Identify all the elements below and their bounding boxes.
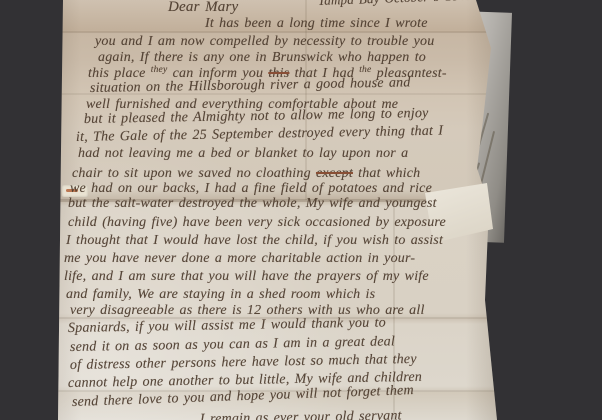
letter-line: I thought that I would have lost the chi… [66, 233, 443, 248]
letter-line: I remain as ever your old servant [200, 408, 402, 420]
letter-text-layer: Dear MaryTampa Bay October 9 1848It has … [0, 0, 602, 420]
letter-line: again, If there is any one in Brunswick … [98, 50, 426, 65]
letter-line: It has been a long time since I wrote [205, 16, 428, 31]
letter-line: Dear Mary [168, 0, 238, 16]
letter-line: we had on our backs, I had a fine field … [70, 181, 432, 196]
letter-line: Tampa Bay October 9 1848 [318, 0, 472, 8]
letter-line: child (having five) have been very sick … [68, 215, 446, 230]
letter-line: had not leaving me a bed or blanket to l… [78, 146, 408, 161]
letter-line: and family, We are staying in a shed roo… [66, 287, 375, 302]
letter-line: it, The Gale of the 25 September destroy… [76, 124, 443, 146]
letter-line: but the salt-water destroyed the whole, … [68, 196, 437, 211]
letter-line: you and I am now compelled by necessity … [95, 34, 434, 49]
letter-line: me you have never done a more charitable… [64, 251, 415, 266]
letter-line: Spaniards, if you will assist me I would… [68, 315, 386, 336]
letter-line: chair to sit upon we saved no cloathing … [72, 166, 420, 181]
letter-line: life, and I am sure that you will have t… [64, 269, 429, 284]
letter-photo: Dear MaryTampa Bay October 9 1848It has … [0, 0, 602, 420]
